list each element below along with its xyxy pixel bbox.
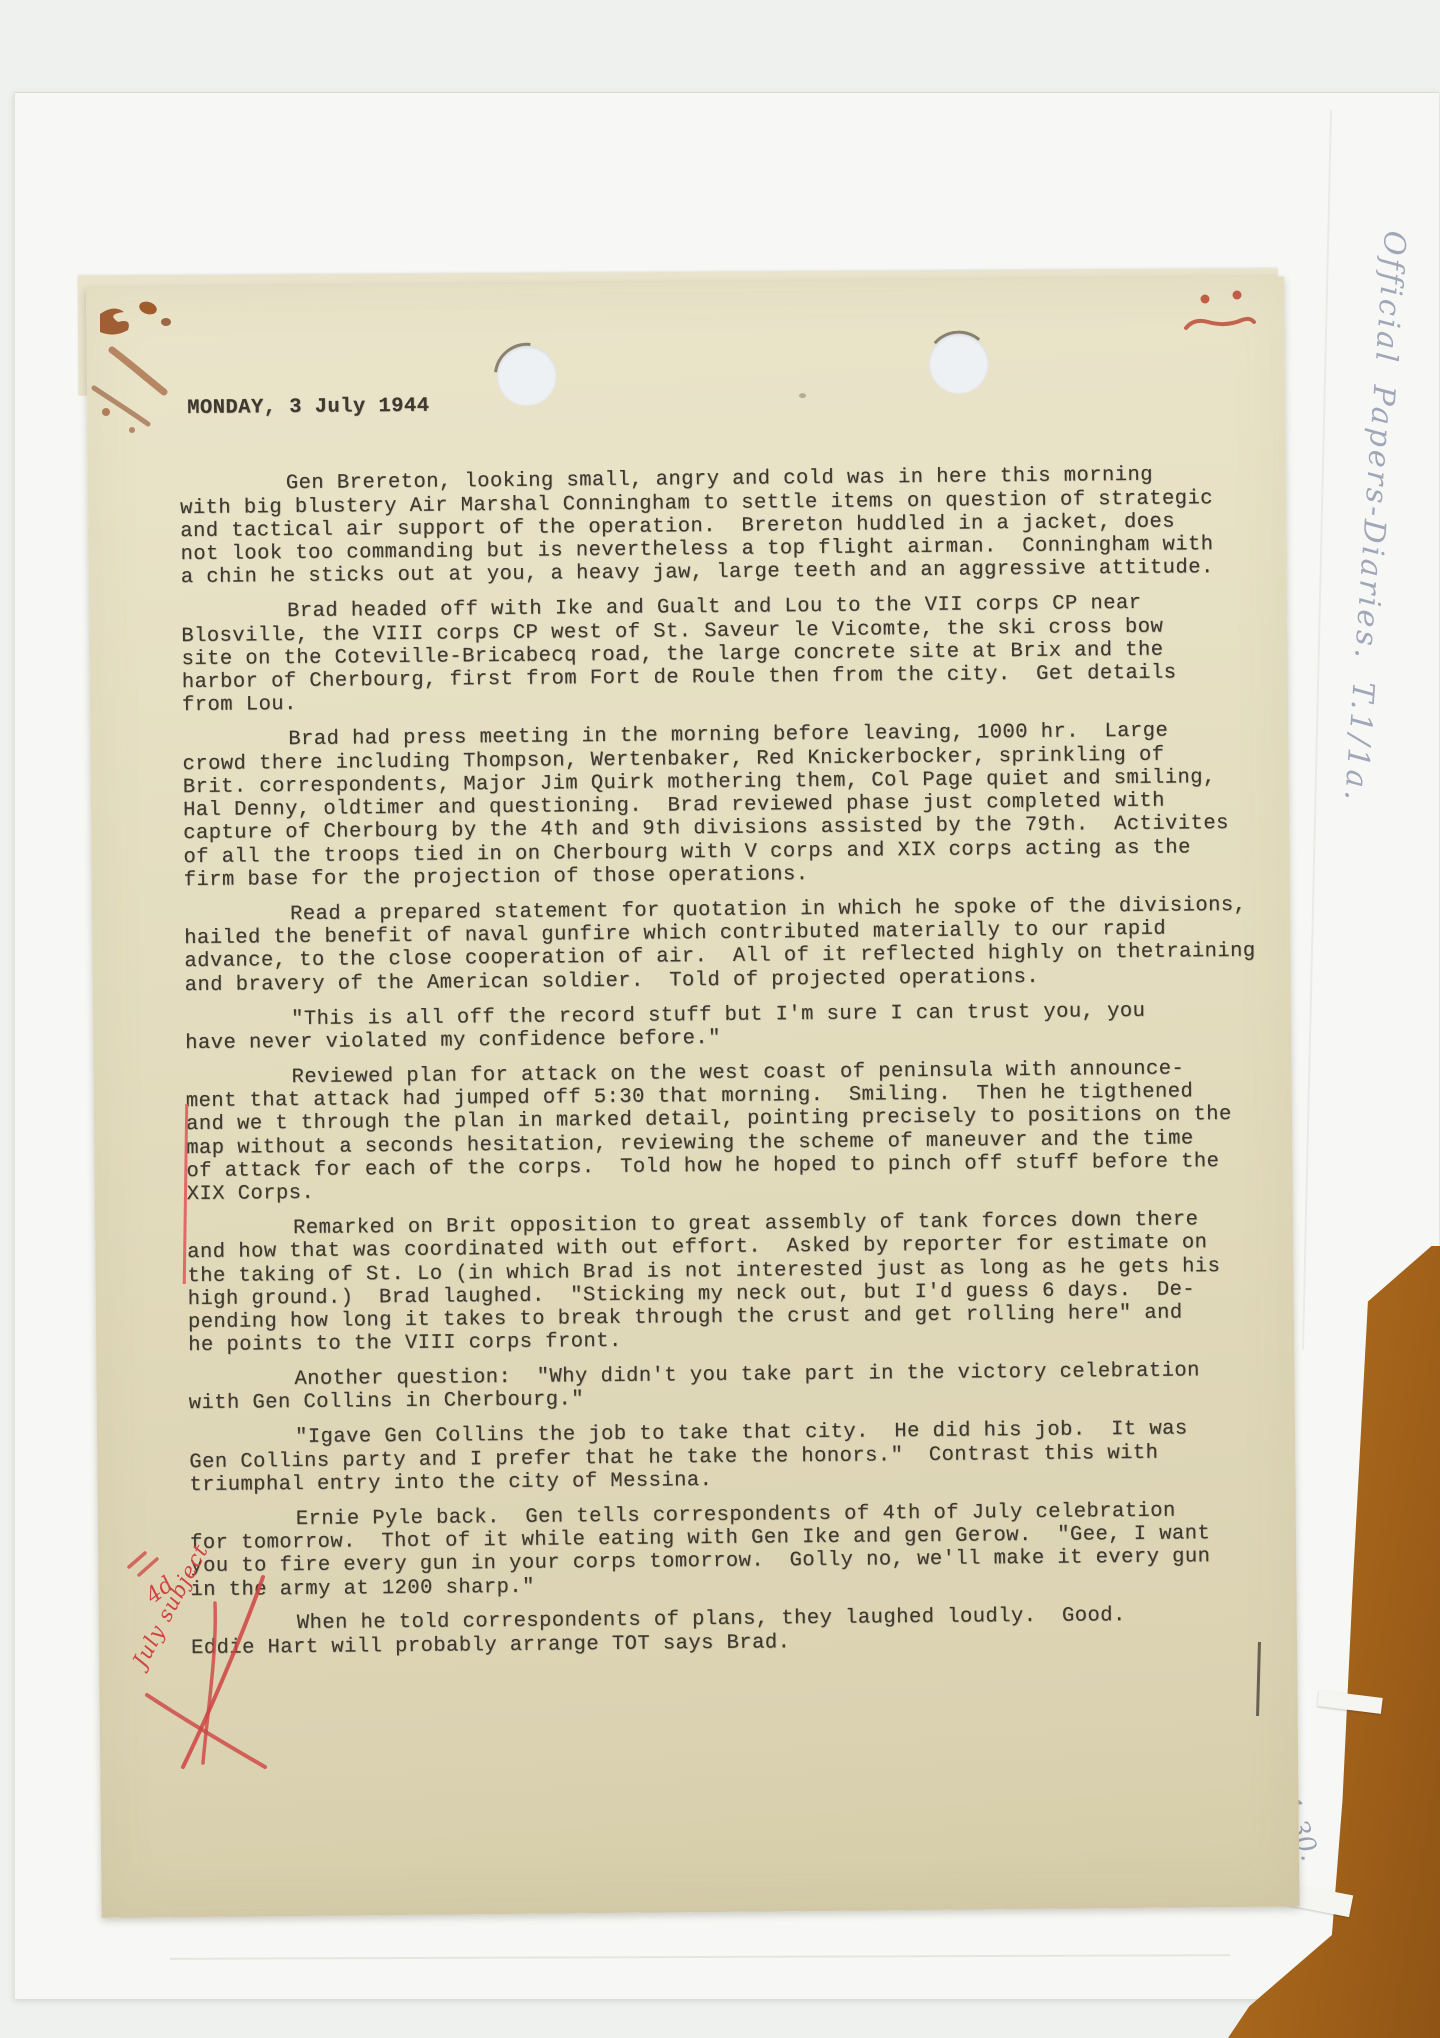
diary-paragraph: Another question: "Why didn't you take p… [188, 1359, 1300, 1416]
diary-paragraph: "Igave Gen Collins the job to take that … [189, 1417, 1302, 1498]
diary-paragraph: Reviewed plan for attack on the west coa… [185, 1056, 1298, 1206]
rust-stain [82, 292, 222, 452]
scanned-diary-page: Official Papers-Diaries. T.1/1a. 1-30. M… [0, 0, 1440, 2038]
diary-paragraph: Ernie Pyle back. Gen tells correspondent… [190, 1498, 1303, 1602]
red-crayon-cross [95, 1545, 320, 1800]
diary-paragraph: "This is all off the record stuff but I'… [185, 998, 1297, 1055]
date-heading: MONDAY, 3 July 1944 [187, 386, 1291, 420]
red-ink-marks [1178, 282, 1268, 346]
diary-paragraph: Brad had press meeting in the morning be… [182, 719, 1296, 893]
punch-hole [928, 333, 989, 394]
diary-paragraph: When he told correspondents of plans, th… [191, 1603, 1303, 1660]
diary-paragraph: Brad headed off with Ike and Gualt and L… [181, 591, 1294, 718]
typed-text-column: MONDAY, 3 July 1944 Gen Brereton, lookin… [179, 386, 1303, 1671]
diary-paragraph: Gen Brereton, looking small, angry and c… [180, 463, 1293, 590]
diary-paragraph: Read a prepared statement for quotation … [184, 893, 1297, 997]
diary-paragraph: Remarked on Brit opposition to great ass… [187, 1207, 1300, 1357]
